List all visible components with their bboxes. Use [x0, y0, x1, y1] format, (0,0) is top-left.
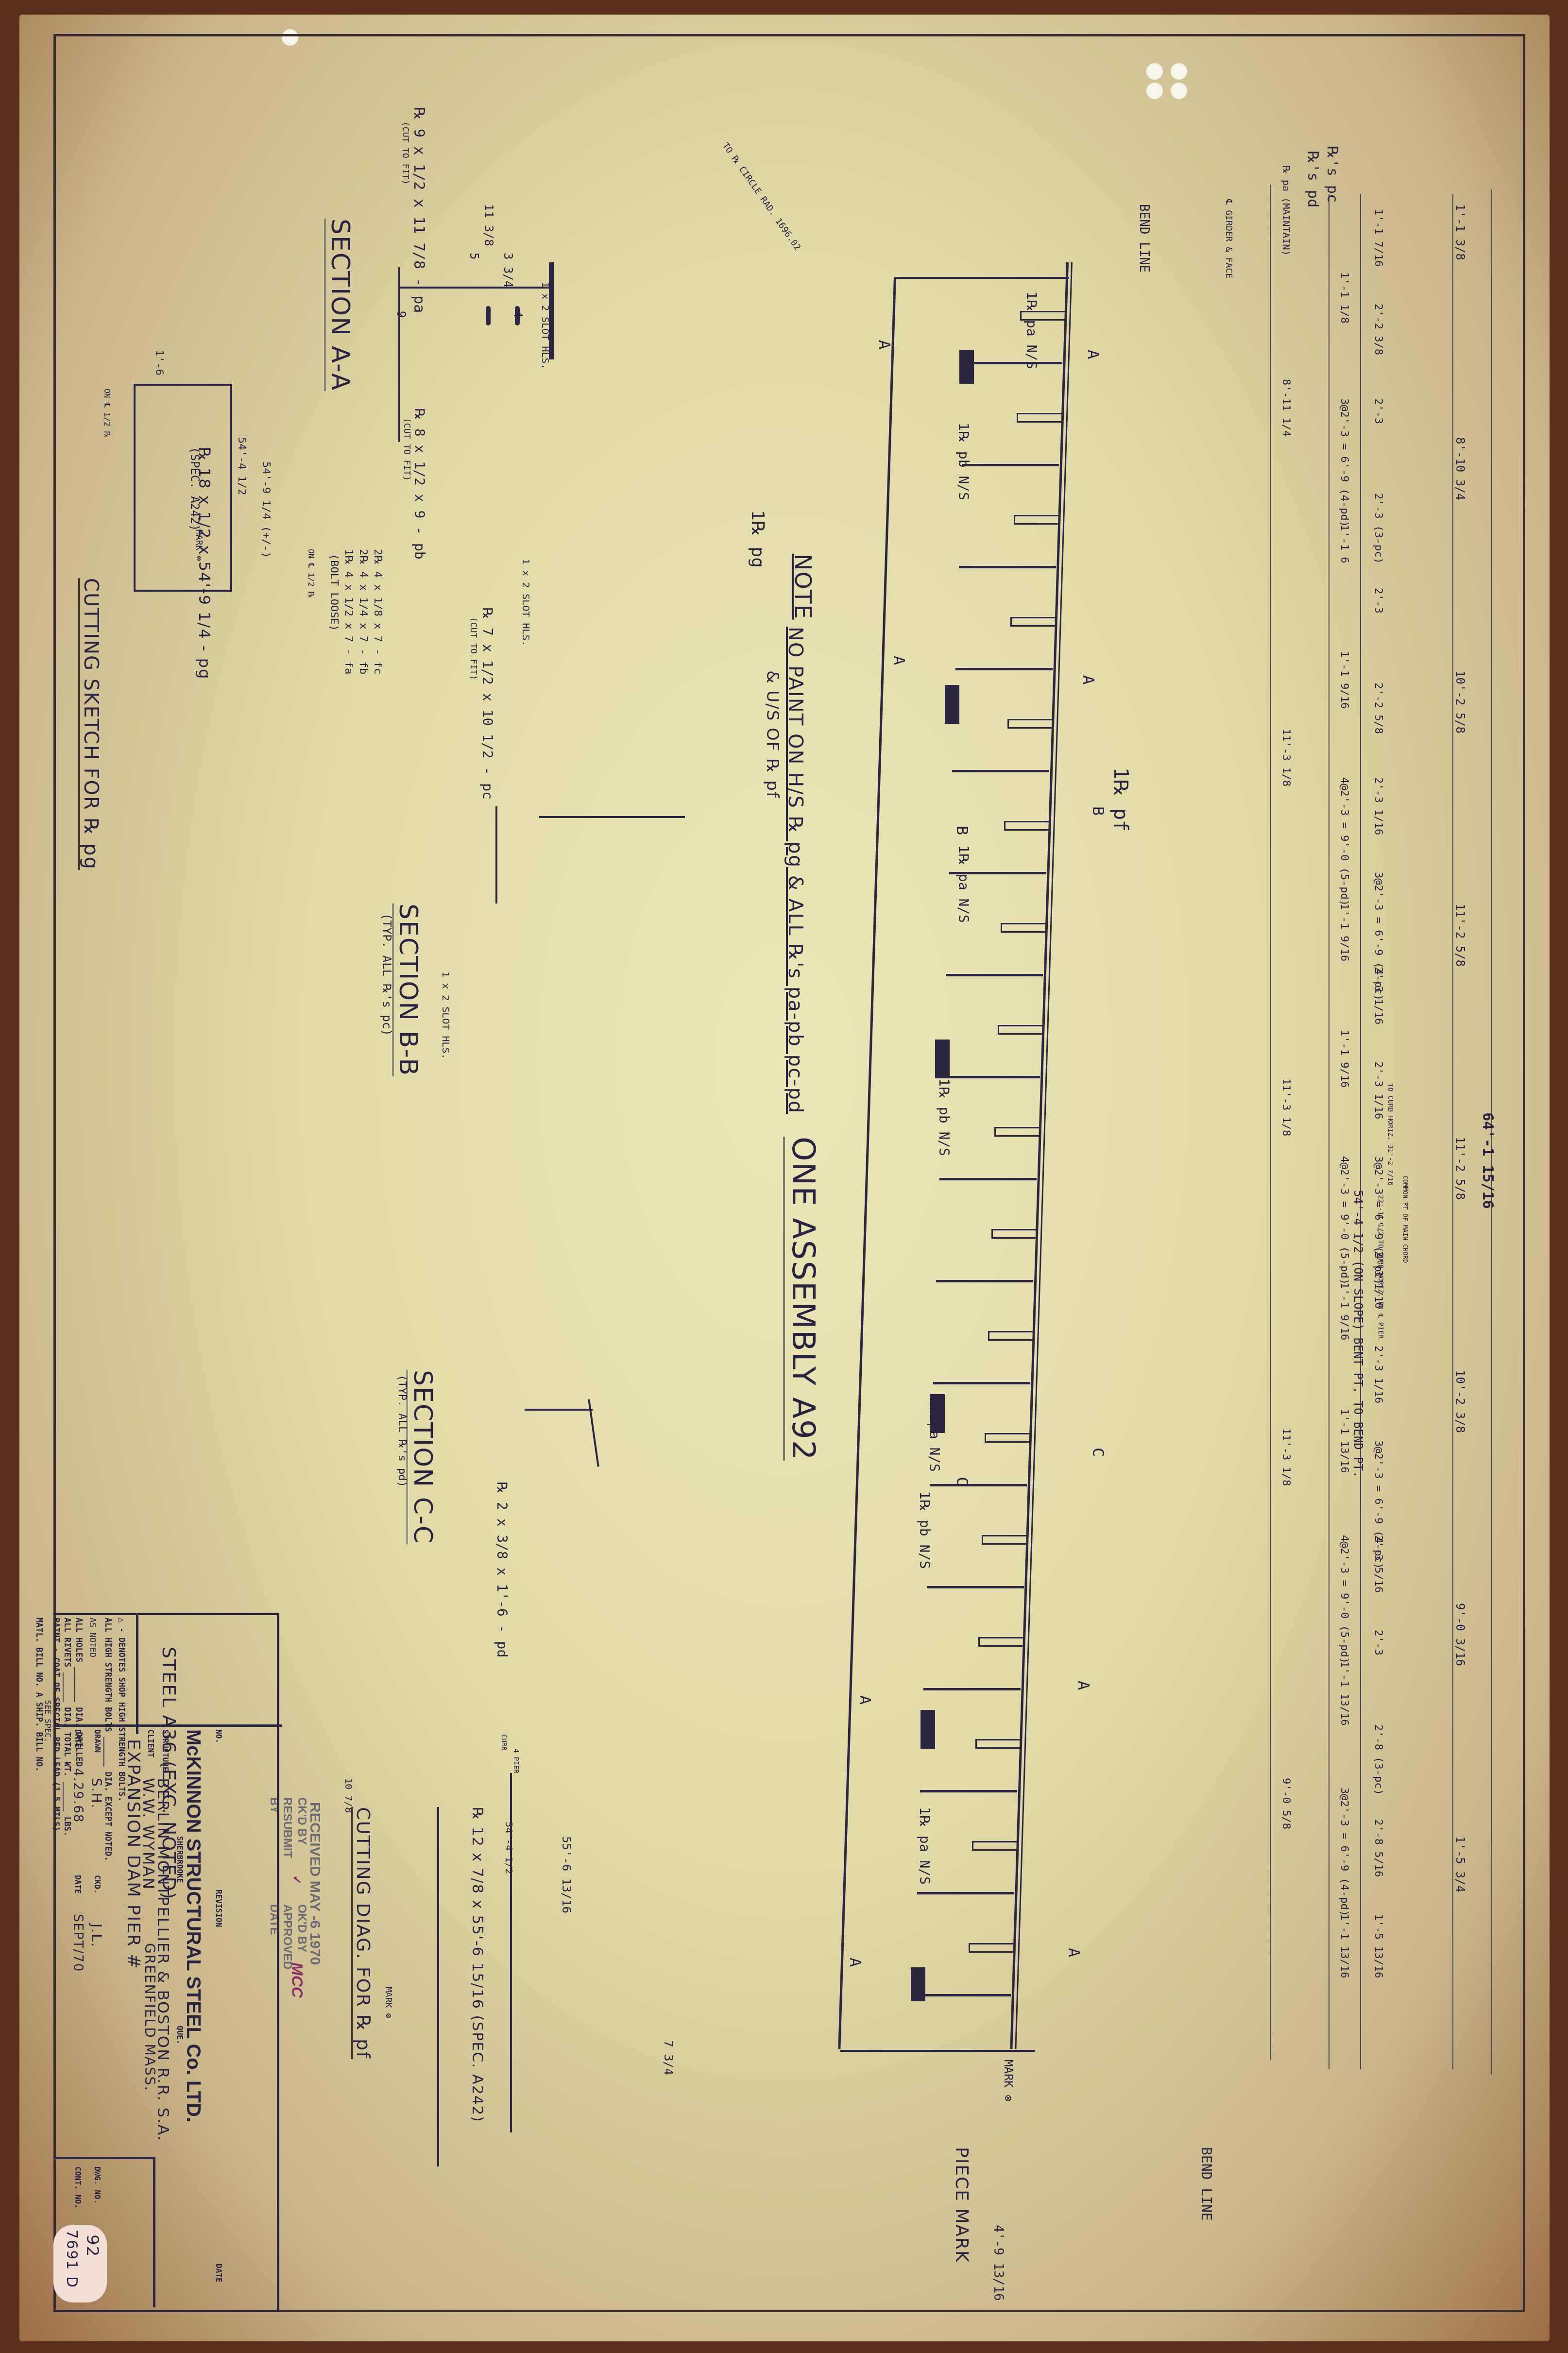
section-cc-web [525, 1409, 593, 1411]
company-name: McKINNON STRUCTURAL STEEL Co. LTD. [182, 1729, 204, 2122]
dim: 54'-4 1/2 [503, 1822, 515, 1874]
connection-plate [998, 1025, 1043, 1035]
stiffener-plate [959, 566, 1056, 568]
stiffener-plate [946, 974, 1043, 976]
section-marker-a: A [890, 656, 908, 665]
section-aa-title: SECTION A-A [324, 219, 355, 391]
dimension-value: 2'-3 1/16 [1372, 777, 1384, 835]
dimension-value: 2'-3 [1372, 1630, 1384, 1655]
dim: 4 PIER [512, 1749, 520, 1773]
tb-note: PAINT - COAT OF SPECIAL RED LEAD (1.5 MI… [51, 1618, 61, 1831]
stiffener-block [911, 1967, 925, 2001]
connection-plate [1004, 821, 1049, 831]
dimension-value: 1'-1 9/16 [1338, 904, 1350, 961]
section-cc-plate-callout: ℞ 2 x 3/8 x 1'-6 - pd [494, 1482, 510, 1657]
tb-note: AS NOTED [87, 1618, 97, 1657]
connection-plate [982, 1535, 1027, 1545]
note-line-1: NO PAINT ON H/S ℞ pg & ALL ℞'s pa-pb pc-… [784, 627, 806, 1114]
tb-note: SEE SPEC. [43, 1700, 52, 1742]
dimension-value: 1'-1 6 [1338, 525, 1350, 563]
dimension-value: 4@2'-3 = 9'-0 (5-pd) [1338, 1156, 1350, 1285]
stiffener-block [935, 1040, 950, 1078]
dimension-value: 8'-10 3/4 [1453, 437, 1467, 500]
callout-pb: 1℞ pb N/S [955, 423, 971, 500]
dimension-value: 2'-3 1/16 [1372, 1061, 1384, 1119]
section-marker-c: C [953, 1477, 971, 1486]
dimension-value: 2'-3 [1372, 398, 1384, 424]
section-marker-a: A [875, 340, 894, 349]
date-value: 4.29.68 [70, 1768, 85, 1823]
bend-line-label: BEND LINE [1198, 2147, 1214, 2221]
cutting-pg-spec: (SPEC. A242) [188, 447, 202, 531]
stiffener-plate [943, 1076, 1040, 1078]
dimension-value: 3@2'-3 = 6'-9 (4-pd) [1338, 1788, 1350, 1916]
dimension-value: 1'-5 3/4 [1453, 1836, 1467, 1893]
dimension-value: 1'-1 9/16 [1338, 1282, 1350, 1340]
connection-plate [985, 1433, 1030, 1443]
fill-item: 2℞ 4 x 1/8 x 7 - fc [372, 549, 384, 674]
stiffener-block [920, 1710, 935, 1749]
dimension-value: 2'-3 5/16 [1372, 1535, 1384, 1593]
plate-label-pa: ℞ pa (MAINTAIN) [1280, 165, 1292, 256]
section-bb-title: SECTION B-B [392, 904, 423, 1076]
dim: 1'-6 [153, 350, 165, 375]
date2-label: DATE [73, 1875, 83, 1894]
dimension-value: 2'-3 [1372, 588, 1384, 614]
note-line-2: & U/S OF ℞ pf [763, 670, 782, 799]
section-marker-b: B [1089, 806, 1108, 816]
dimension-value: 1'-1 7/16 [1372, 209, 1384, 267]
dimension-value: 11'-2 5/8 [1453, 904, 1467, 967]
ckd-value: J.L. [88, 1924, 104, 1948]
section-bb-plate [539, 816, 685, 818]
dimension-value: 1'-1 13/16 [1338, 1409, 1350, 1473]
section-aa-plate-note-2: (CUT TO FIT) [402, 418, 412, 481]
connection-plate [972, 1841, 1017, 1851]
plate-pg-outline [134, 384, 232, 592]
dim: 10 7/8 [343, 1778, 355, 1813]
curb-label: CURB [500, 1734, 508, 1751]
section-marker-a: A [1074, 1681, 1093, 1690]
note: ON ℄ 1/2 ℞ [102, 389, 112, 438]
stiffener-plate [917, 1892, 1014, 1894]
stiffener-plate [939, 1178, 1037, 1180]
piece-mark-label: PIECE MARK [952, 2147, 971, 2263]
dimension-value: 4@2'-3 = 9'-0 (5-pd) [1338, 777, 1350, 906]
dimension-value: 1'-1 9/16 [1338, 651, 1350, 709]
chord-note-3: COMMON PT OF MAIN CHORD [1401, 1176, 1409, 1263]
stiffener-plate [936, 1280, 1033, 1282]
contract-value: 7691 D [63, 2230, 80, 2288]
plate-pf-left [437, 1807, 439, 2166]
girder-face-label: ℄ GIRDER & FACE [1224, 199, 1234, 278]
section-marker-a: A [1079, 675, 1098, 684]
contract-label: CONT. NO. [73, 2166, 83, 2209]
connection-plate [978, 1637, 1023, 1647]
section-bb-slot: 1 x 2 SLOT HLS. [520, 559, 532, 647]
dim: 11 3/8 [482, 204, 495, 246]
plate-label-pd: ℞'s pd [1304, 151, 1321, 207]
section-marker-a: A [846, 1958, 865, 1967]
section-aa-plate-callout: ℞ 9 x 1/2 x 11 7/8 - pa [410, 107, 427, 313]
dimension-value: 11'-3 1/8 [1280, 1078, 1292, 1136]
ckd-label: CKD. [93, 1875, 102, 1894]
section-bb-web [495, 806, 497, 904]
gap-dimension: 4'-9 13/16 [991, 2225, 1006, 2301]
dimension-value: 1'-1 9/16 [1338, 1030, 1350, 1088]
section-marker-a: A [856, 1695, 874, 1705]
callout-pb: 1℞ pb N/S [936, 1078, 952, 1156]
connection-plate [994, 1127, 1040, 1137]
company-city: SHERBROOKE [175, 1836, 185, 1883]
slope-total: 54'-4 1/2 (ON SLOPE) BENT PT. TO BEND PT… [1351, 1190, 1365, 1478]
stamp-ckd-by: CK'D BY [295, 1797, 308, 1845]
fill-item: 2℞ 4 x 1/4 x 7 - fb [357, 549, 369, 674]
title-block-divider [53, 2157, 155, 2159]
stiffener-plate [930, 1484, 1027, 1486]
section-aa-web [398, 267, 400, 442]
callout-pf: 1℞ pf [1109, 767, 1132, 832]
callout-pg: 1℞ pg [748, 510, 767, 568]
dim: 3 3/4 [501, 253, 515, 288]
chain-line-pd [1329, 194, 1329, 2069]
cutting-pf-mark: MARK ⊗ [383, 1987, 393, 2018]
title-block-divider [136, 1613, 138, 1734]
fill-item: 1℞ 4 x 1/2 x 7 - fa [342, 549, 355, 674]
cutting-pf-title: CUTTING DIAG. FOR ℞ pf [351, 1807, 374, 2059]
plate-top-edge [894, 277, 1069, 279]
structure-label: STRUCTURE [161, 1729, 170, 1772]
dimension-value: 8'-11 1/4 [1280, 379, 1292, 437]
dim: 55'-6 13/16 [560, 1836, 573, 1913]
connection-plate [991, 1229, 1037, 1239]
dwg-label: DWG. NO. [93, 2166, 102, 2204]
connection-plate [1007, 719, 1053, 729]
section-cc-title: SECTION C-C [407, 1370, 437, 1544]
stiffener-plate [923, 1688, 1021, 1690]
dim: 4 [511, 311, 525, 318]
drawn-value: S.H. [88, 1778, 104, 1809]
dimension-value: 2'-2 3/8 [1372, 304, 1384, 355]
section-bb-slot-2: 1 x 2 SLOT HLS. [440, 972, 452, 1059]
chord-note-2: 22'-11 1/2 TO CURB HORIZ. ON ℄ PIER [1377, 1195, 1384, 1339]
stamp-received: RECEIVED MAY -6 1970 [307, 1802, 323, 1965]
company-province: QUE. [175, 2026, 185, 2045]
dim: 5 [467, 253, 481, 259]
section-bb-plate-note: (CUT TO FIT) [468, 617, 478, 680]
plate-bottom-edge [840, 2050, 1035, 2052]
dimension-value: 1'-1 13/16 [1338, 1914, 1350, 1978]
section-marker-a: A [1084, 350, 1103, 359]
client-location: GREENFIELD MASS. [142, 1943, 158, 2091]
stiffener-plate [965, 362, 1062, 364]
callout-pa: 1℞ pa N/S [917, 1807, 933, 1885]
stiffener-plate [933, 1382, 1030, 1384]
dim: 54'-9 1/4 (+/-) [260, 461, 272, 558]
callout-pa: 1℞ pa N/S [1023, 291, 1040, 369]
stiffener-block [945, 685, 959, 724]
dimension-value: 11'-3 1/8 [1280, 1428, 1292, 1486]
connection-plate [1014, 515, 1059, 525]
stamp-approved: APPROVED [280, 1904, 294, 1970]
dim: 9 [394, 311, 408, 318]
plate-label-pc: ℞'s pc [1324, 146, 1341, 203]
connection-plate [969, 1943, 1014, 1953]
dimension-value: 2'-3 1/16 [1372, 1346, 1384, 1403]
dim: 54'-4 1/2 [236, 437, 248, 495]
dimension-value: 10'-2 5/8 [1453, 670, 1467, 733]
dimension-value: 2'-3 1/16 [1372, 967, 1384, 1024]
tb-date-header: DATE [214, 2264, 223, 2283]
stiffener-block [959, 350, 974, 384]
dimension-value: 11'-2 5/8 [1453, 1137, 1467, 1200]
connection-plate [1010, 617, 1056, 627]
connection-plate [988, 1331, 1033, 1341]
project-line: EXPANSION DAM PIER # [123, 1739, 143, 1969]
stiffener-plate [962, 464, 1059, 466]
dimension-value: 9'-0 5/8 [1280, 1778, 1292, 1829]
date2-value: SEPT/70 [70, 1914, 85, 1972]
bend-line-label: BEND LINE [1137, 204, 1151, 273]
dimension-value: 4@2'-3 = 9'-0 (5-pd) [1338, 1535, 1350, 1664]
callout-pa: 1℞ pa N/S [955, 845, 971, 923]
connection-plate [1001, 923, 1046, 933]
total-length: 64'-1 15/16 [1479, 1112, 1496, 1209]
section-aa-plate-callout-2: ℞ 8 x 1/2 x 9 - pb [411, 408, 427, 560]
dimension-value: 1'-1 3/8 [1453, 204, 1467, 260]
stiffener-plate [920, 1790, 1017, 1792]
stamp-resubmit: RESUBMIT [280, 1797, 294, 1858]
section-bb-subtitle: (TYP. ALL ℞'s pc) [380, 913, 393, 1036]
client-label: CLIENT [146, 1729, 155, 1757]
dimension-value: 2'-8 5/16 [1372, 1819, 1384, 1877]
dwg-value: 92 [83, 2234, 102, 2257]
dimension-value: 2'-8 (3-pc) [1372, 1724, 1384, 1795]
note: ON ℄ 1/2 ℞ [307, 549, 316, 598]
assembly-title: ONE ASSEMBLY A92 [783, 1137, 821, 1461]
stamp-okd-by: OK'D BY [295, 1904, 308, 1952]
section-aa-plate-note: (CUT TO FIT) [400, 121, 410, 185]
slot-hole [486, 306, 491, 325]
cutting-pf-callout: ℞ 12 x 7/8 x 55'-6 15/16 (SPEC. A242) [469, 1807, 486, 2123]
section-aa-flange [549, 262, 554, 359]
dimension-value: 2'-3 (3-pc) [1372, 493, 1384, 564]
title-block-divider [153, 2157, 155, 2307]
dimension-value: 1'-1 13/16 [1338, 1661, 1350, 1725]
tb-note: ALL HIGH STRENGTH BOLTS ______ DIA. EXCE… [103, 1618, 113, 1861]
tb-no-header: NO. [214, 1729, 223, 1743]
note-label: NOTE [790, 554, 816, 620]
dimension-value: 2'-2 5/8 [1372, 682, 1384, 734]
date-label: DATE [73, 1729, 83, 1748]
dim: 7 3/4 [662, 2040, 675, 2075]
dimension-value: 3@2'-3 = 6'-9 (4-pd) [1338, 398, 1350, 527]
tb-note: MATL. BILL NO. A SHIP. BILL NO. [34, 1618, 44, 1772]
mark-symbol: MARK ⊗ [1002, 2060, 1015, 2102]
chord-note-1: TO CURB HORIZ. 31'-2 7/16 [1386, 1083, 1394, 1186]
dimension-value: 9'-0 3/16 [1453, 1603, 1467, 1666]
chain-line-pa [1270, 185, 1271, 2060]
stiffener-plate [927, 1586, 1024, 1588]
stiffener-plate [952, 770, 1049, 772]
dimension-value: 10'-2 3/8 [1453, 1370, 1467, 1433]
section-marker-c: C [1089, 1448, 1108, 1457]
callout-pa: 1℞ pa N/S [926, 1394, 942, 1472]
stiffener-plate [914, 1994, 1011, 1996]
fill-loose: (BOLT LOOSE) [328, 554, 340, 631]
section-bb-plate-callout: ℞ 7 x 1/2 x 10 1/2 - pc [479, 607, 495, 800]
section-marker-a: A [1065, 1948, 1083, 1957]
tb-revision-header: REVISION [214, 1890, 223, 1927]
stamp-ckd-value: ✓ [290, 1875, 304, 1885]
dimension-value: 11'-3 1/8 [1280, 729, 1292, 786]
stiffener-plate [955, 668, 1053, 670]
drawn-label: DRAWN [93, 1729, 102, 1753]
cutting-pg-title: CUTTING SKETCH FOR ℞ pg [78, 578, 102, 870]
callout-pb: 1℞ pb N/S [917, 1491, 933, 1569]
connection-plate [975, 1739, 1021, 1749]
connection-plate [1017, 413, 1062, 423]
dimension-value: 1'-1 1/8 [1338, 272, 1350, 324]
section-marker-b: B [953, 826, 971, 835]
chain-line-pc [1360, 194, 1361, 2069]
dimension-value: 1'-5 13/16 [1372, 1914, 1384, 1978]
section-aa-plate [398, 287, 554, 289]
cutting-pg-mark: MARK ⊗ [194, 529, 204, 561]
section-cc-subtitle: (TYP. ALL ℞'s pd) [396, 1375, 408, 1487]
